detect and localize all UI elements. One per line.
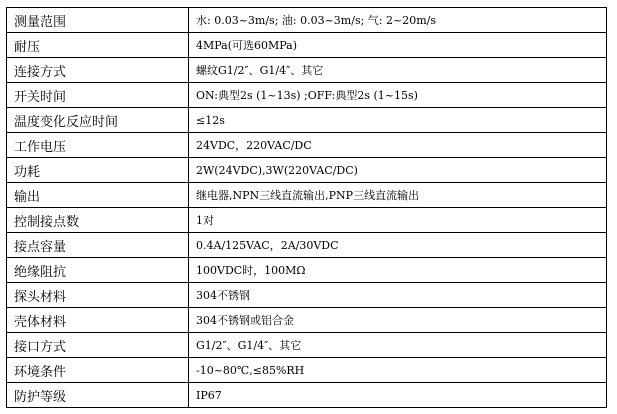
table-row: 温度变化反应时间≤12s (7, 108, 607, 133)
table-row: 防护等级IP67 (7, 383, 607, 408)
row-value: 4MPa(可选60MPa) (189, 33, 607, 58)
table-row: 接点容量0.4A/125VAC，2A/30VDC (7, 233, 607, 258)
table-row: 接口方式G1/2″、G1/4″、其它 (7, 333, 607, 358)
table-row: 环境条件-10~80℃,≤85%RH (7, 358, 607, 383)
row-value: -10~80℃,≤85%RH (189, 358, 607, 383)
row-value: 304不锈钢或铝合金 (189, 308, 607, 333)
table-row: 控制接点数1对 (7, 208, 607, 233)
table-row: 测量范围水: 0.03~3m/s; 油: 0.03~3m/s; 气: 2~20m… (7, 8, 607, 33)
spec-table: 测量范围水: 0.03~3m/s; 油: 0.03~3m/s; 气: 2~20m… (6, 7, 607, 408)
row-value: 继电器,NPN三线直流输出,PNP三线直流输出 (189, 183, 607, 208)
row-label: 壳体材料 (7, 308, 189, 333)
row-value: ≤12s (189, 108, 607, 133)
row-label: 功耗 (7, 158, 189, 183)
row-value: 螺纹G1/2″、G1/4″、其它 (189, 58, 607, 83)
table-row: 输出继电器,NPN三线直流输出,PNP三线直流输出 (7, 183, 607, 208)
row-value: ON:典型2s (1~13s) ;OFF:典型2s (1~15s) (189, 83, 607, 108)
row-label: 温度变化反应时间 (7, 108, 189, 133)
row-label: 探头材料 (7, 283, 189, 308)
table-row: 壳体材料304不锈钢或铝合金 (7, 308, 607, 333)
row-label: 绝缘阻抗 (7, 258, 189, 283)
table-row: 开关时间ON:典型2s (1~13s) ;OFF:典型2s (1~15s) (7, 83, 607, 108)
row-label: 开关时间 (7, 83, 189, 108)
row-value: G1/2″、G1/4″、其它 (189, 333, 607, 358)
row-value: 24VDC，220VAC/DC (189, 133, 607, 158)
row-label: 接点容量 (7, 233, 189, 258)
row-value: IP67 (189, 383, 607, 408)
row-label: 接口方式 (7, 333, 189, 358)
table-row: 耐压4MPa(可选60MPa) (7, 33, 607, 58)
row-label: 控制接点数 (7, 208, 189, 233)
row-value: 水: 0.03~3m/s; 油: 0.03~3m/s; 气: 2~20m/s (189, 8, 607, 33)
row-value: 0.4A/125VAC，2A/30VDC (189, 233, 607, 258)
row-label: 输出 (7, 183, 189, 208)
row-value: 1对 (189, 208, 607, 233)
row-label: 连接方式 (7, 58, 189, 83)
row-value: 2W(24VDC),3W(220VAC/DC) (189, 158, 607, 183)
table-row: 绝缘阻抗100VDC时，100MΩ (7, 258, 607, 283)
row-label: 工作电压 (7, 133, 189, 158)
row-label: 环境条件 (7, 358, 189, 383)
row-label: 耐压 (7, 33, 189, 58)
row-value: 100VDC时，100MΩ (189, 258, 607, 283)
table-row: 工作电压24VDC，220VAC/DC (7, 133, 607, 158)
row-value: 304不锈钢 (189, 283, 607, 308)
table-row: 连接方式螺纹G1/2″、G1/4″、其它 (7, 58, 607, 83)
row-label: 测量范围 (7, 8, 189, 33)
row-label: 防护等级 (7, 383, 189, 408)
table-row: 功耗2W(24VDC),3W(220VAC/DC) (7, 158, 607, 183)
table-row: 探头材料304不锈钢 (7, 283, 607, 308)
